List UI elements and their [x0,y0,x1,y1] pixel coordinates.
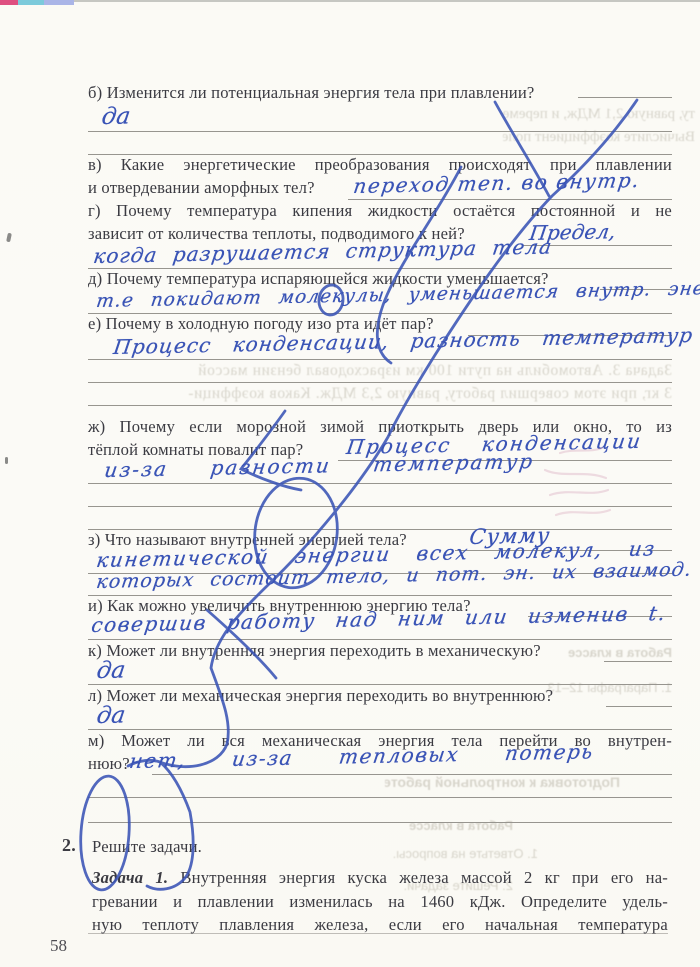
ruled-line [152,774,672,775]
answer-v: переход теп. во внутр. [352,168,642,198]
ruled-line [348,199,672,200]
question-g-line1: г) Почему температура кипения жидкости о… [88,201,672,220]
ruled-line [606,706,672,707]
ruled-line [88,684,672,685]
page-number: 58 [50,936,67,956]
ruled-line [88,382,672,383]
ruled-line [88,639,672,640]
task1-line2: гревании и плавлении изменилась на 1460 … [92,892,668,911]
ruled-line [88,822,672,823]
task1-line1: Задача 1. Внутренняя энергия куска желез… [92,868,668,887]
bleed-text: ту, равную 2,1 МДж, и переместилась при … [503,106,695,123]
bleed-text: Работа в классе [528,645,672,660]
workbook-page: ту, равную 2,1 МДж, и переместилась при … [0,0,700,967]
ruled-line [88,797,672,798]
pink-bleed-squiggles [545,448,610,515]
bleed-text: 1. Ответьте на вопросы. [388,846,538,861]
bleed-text: Подготовка к контрольной работе [385,774,620,790]
task1-label: Задача 1. [92,868,168,887]
edge-cyan [18,0,44,5]
question-v-line2: и отвердевании аморфных тел? [88,178,315,197]
ruled-line [88,506,672,507]
scan-edge-line [70,0,700,2]
answer-k: да [95,657,127,684]
ruled-line [88,359,672,360]
question-b: б) Изменится ли потенциальная энергия те… [88,83,535,102]
task1-line3: ную теплоту плавления железа, если его н… [92,915,668,934]
ruled-line [88,483,672,484]
paper-speck [6,233,12,243]
question-k: к) Может ли внутренняя энергия переходит… [88,641,541,660]
section-title: Решите задачи. [92,837,202,856]
ruled-line [578,97,672,98]
edge-pink [0,0,18,5]
answer-b: да [100,103,132,130]
ruled-line [88,405,672,406]
scan-edge-strip [0,0,700,6]
ruled-line [604,661,672,662]
section-number: 2. [62,836,76,855]
bleed-text: Работа в классе [388,818,513,833]
bleed-text: 3 кг, при этом совершил работу, равную 2… [88,385,672,403]
task1-text: Внутренняя энергия куска железа массой 2… [180,868,668,887]
ruled-line [88,131,672,132]
question-l: л) Может ли механическая энергия переход… [88,686,553,705]
bleed-text: Задача 3. Автомобиль на пути 100 км изра… [88,362,672,380]
answer-l: да [95,702,127,729]
paper-speck [5,457,8,464]
question-m-line2: нюю? [88,754,130,773]
ruled-line [88,729,672,730]
edge-periwinkle [44,0,74,5]
